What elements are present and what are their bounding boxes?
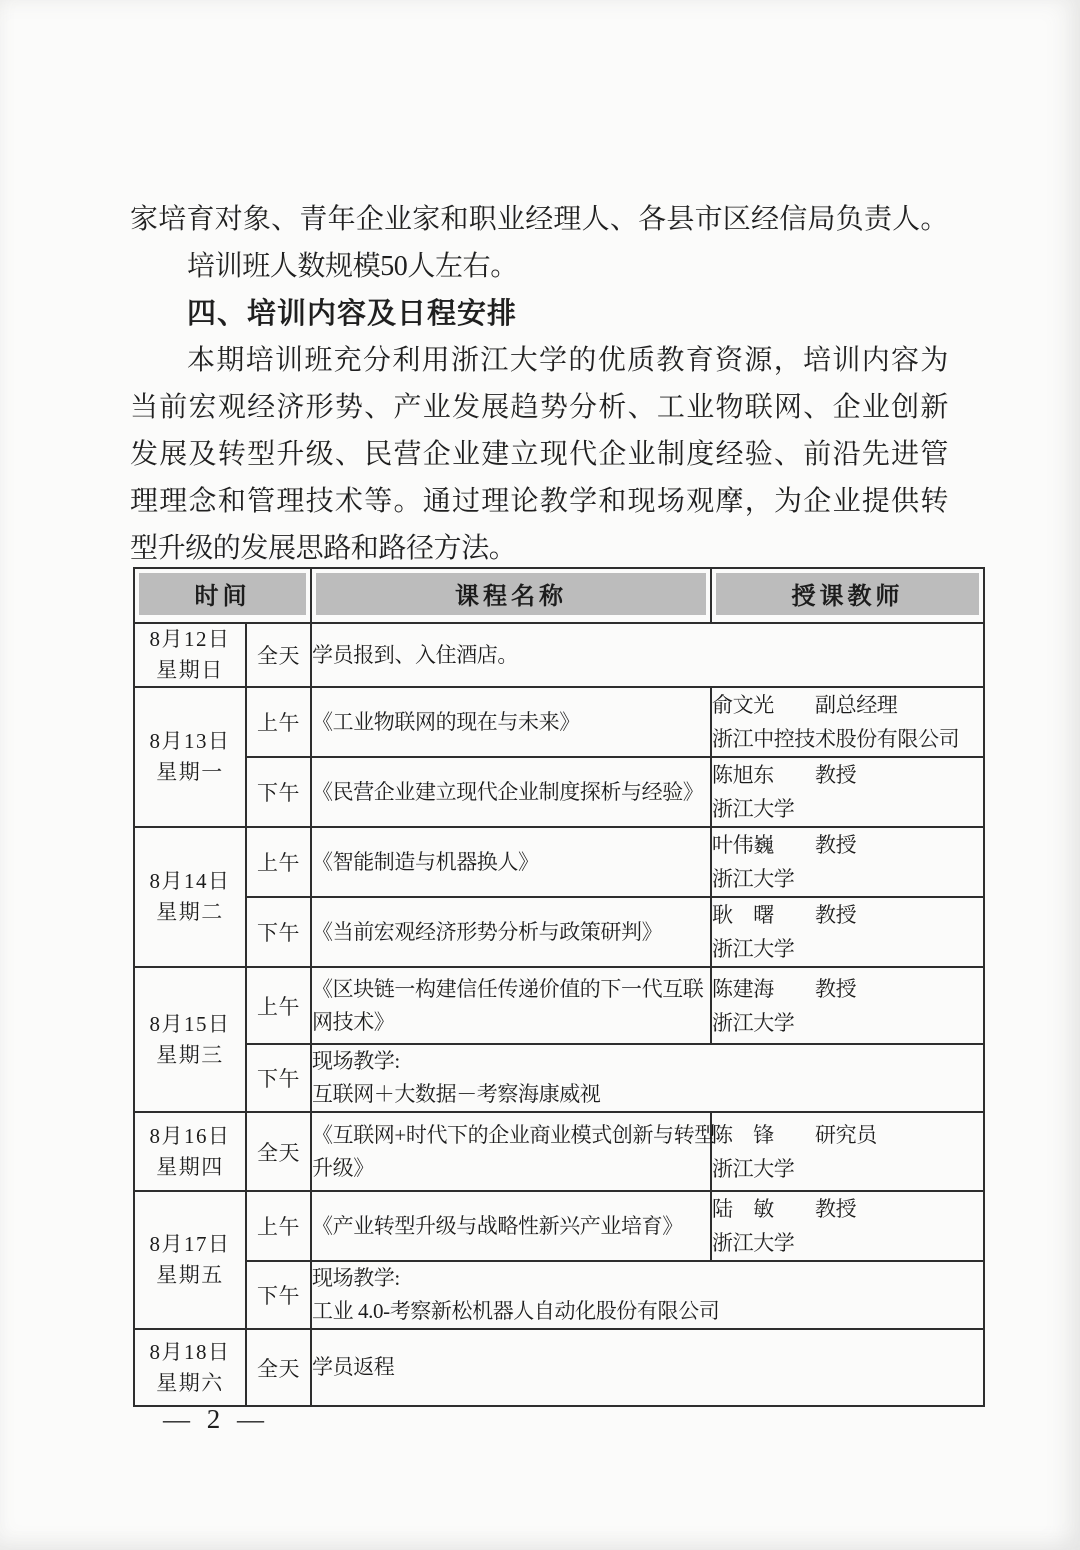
date-cell: 8月12日 星期日 [134, 623, 246, 687]
table-row: 8月12日 星期日 全天 学员报到、入住酒店。 [134, 623, 984, 687]
course-cell: 《互联网+时代下的企业商业模式创新与转型 升级》 [311, 1112, 711, 1191]
course-cell: 《工业物联网的现在与未来》 [311, 687, 711, 757]
carryover-line: 家培育对象、青年企业家和职业经理人、各县市区经信局负责人。 [130, 196, 948, 243]
class-size-line: 培训班人数规模50人左右。 [130, 243, 948, 290]
header-label-teacher: 授课教师 [716, 573, 979, 615]
table-row: 8月14日 星期二 上午 《智能制造与机器换人》 叶伟巍 教授 浙江大学 [134, 827, 984, 897]
header-cell-course: 课程名称 [311, 568, 711, 623]
course-cell: 现场教学: 互联网＋大数据－考察海康威视 [311, 1044, 984, 1112]
schedule-table: 时间 课程名称 授课教师 8月12日 星期日 全天 学员报到、入住酒店。 8月1… [133, 567, 985, 1407]
date-cell: 8月13日 星期一 [134, 687, 246, 827]
course-cell: 学员报到、入住酒店。 [311, 623, 984, 687]
header-label-time: 时间 [139, 573, 306, 615]
time-cell: 下午 [246, 1261, 311, 1329]
teacher-cell: 陈旭东 教授 浙江大学 [711, 757, 984, 827]
paragraph-line: 发展及转型升级、民营企业建立现代企业制度经验、前沿先进管 [130, 431, 948, 478]
teacher-cell: 陈 锋 研究员 浙江大学 [711, 1112, 984, 1191]
date-cell: 8月14日 星期二 [134, 827, 246, 967]
course-cell: 《产业转型升级与战略性新兴产业培育》 [311, 1191, 711, 1261]
time-cell: 上午 [246, 1191, 311, 1261]
time-cell: 上午 [246, 687, 311, 757]
table-row: 8月17日 星期五 上午 《产业转型升级与战略性新兴产业培育》 陆 敏 教授 浙… [134, 1191, 984, 1261]
header-cell-time: 时间 [134, 568, 311, 623]
paragraph-line: 当前宏观经济形势、产业发展趋势分析、工业物联网、企业创新 [130, 384, 948, 431]
date-cell: 8月18日 星期六 [134, 1329, 246, 1406]
table-row: 8月15日 星期三 上午 《区块链一构建信任传递价值的下一代互联 网技术》 陈建… [134, 967, 984, 1044]
section-heading: 四、培训内容及日程安排 [130, 290, 948, 337]
table-row: 下午 《当前宏观经济形势分析与政策研判》 耿 曙 教授 浙江大学 [134, 897, 984, 967]
table-row: 下午 《民营企业建立现代企业制度探析与经验》 陈旭东 教授 浙江大学 [134, 757, 984, 827]
table-row: 8月18日 星期六 全天 学员返程 [134, 1329, 984, 1406]
date-cell: 8月17日 星期五 [134, 1191, 246, 1329]
table-row: 下午 现场教学: 工业 4.0-考察新松机器人自动化股份有限公司 [134, 1261, 984, 1329]
course-cell: 《当前宏观经济形势分析与政策研判》 [311, 897, 711, 967]
time-cell: 下午 [246, 897, 311, 967]
teacher-cell: 耿 曙 教授 浙江大学 [711, 897, 984, 967]
paragraph-line: 本期培训班充分利用浙江大学的优质教育资源，培训内容为 [130, 337, 948, 384]
course-cell: 学员返程 [311, 1329, 984, 1406]
time-cell: 下午 [246, 757, 311, 827]
time-cell: 全天 [246, 1112, 311, 1191]
paragraph-line: 理理念和管理技术等。通过理论教学和现场观摩，为企业提供转 [130, 478, 948, 525]
date-cell: 8月16日 星期四 [134, 1112, 246, 1191]
document-page: 家培育对象、青年企业家和职业经理人、各县市区经信局负责人。 培训班人数规模50人… [0, 0, 1080, 1550]
time-cell: 全天 [246, 623, 311, 687]
table-row: 8月16日 星期四 全天 《互联网+时代下的企业商业模式创新与转型 升级》 陈 … [134, 1112, 984, 1191]
table-header-row: 时间 课程名称 授课教师 [134, 568, 984, 623]
date-cell: 8月15日 星期三 [134, 967, 246, 1112]
table-row: 8月13日 星期一 上午 《工业物联网的现在与未来》 俞文光 副总经理 浙江中控… [134, 687, 984, 757]
teacher-cell: 叶伟巍 教授 浙江大学 [711, 827, 984, 897]
time-cell: 上午 [246, 967, 311, 1044]
course-cell: 现场教学: 工业 4.0-考察新松机器人自动化股份有限公司 [311, 1261, 984, 1329]
header-label-course: 课程名称 [316, 573, 706, 615]
course-cell: 《区块链一构建信任传递价值的下一代互联 网技术》 [311, 967, 711, 1044]
teacher-cell: 俞文光 副总经理 浙江中控技术股份有限公司 [711, 687, 984, 757]
paragraph-line: 型升级的发展思路和路径方法。 [130, 525, 948, 572]
header-cell-teacher: 授课教师 [711, 568, 984, 623]
time-cell: 全天 [246, 1329, 311, 1406]
course-cell: 《智能制造与机器换人》 [311, 827, 711, 897]
teacher-cell: 陈建海 教授 浙江大学 [711, 967, 984, 1044]
course-cell: 《民营企业建立现代企业制度探析与经验》 [311, 757, 711, 827]
page-body-text: 家培育对象、青年企业家和职业经理人、各县市区经信局负责人。 培训班人数规模50人… [130, 196, 948, 572]
teacher-cell: 陆 敏 教授 浙江大学 [711, 1191, 984, 1261]
time-cell: 上午 [246, 827, 311, 897]
page-number: — 2 — [163, 1404, 269, 1435]
time-cell: 下午 [246, 1044, 311, 1112]
table-row: 下午 现场教学: 互联网＋大数据－考察海康威视 [134, 1044, 984, 1112]
